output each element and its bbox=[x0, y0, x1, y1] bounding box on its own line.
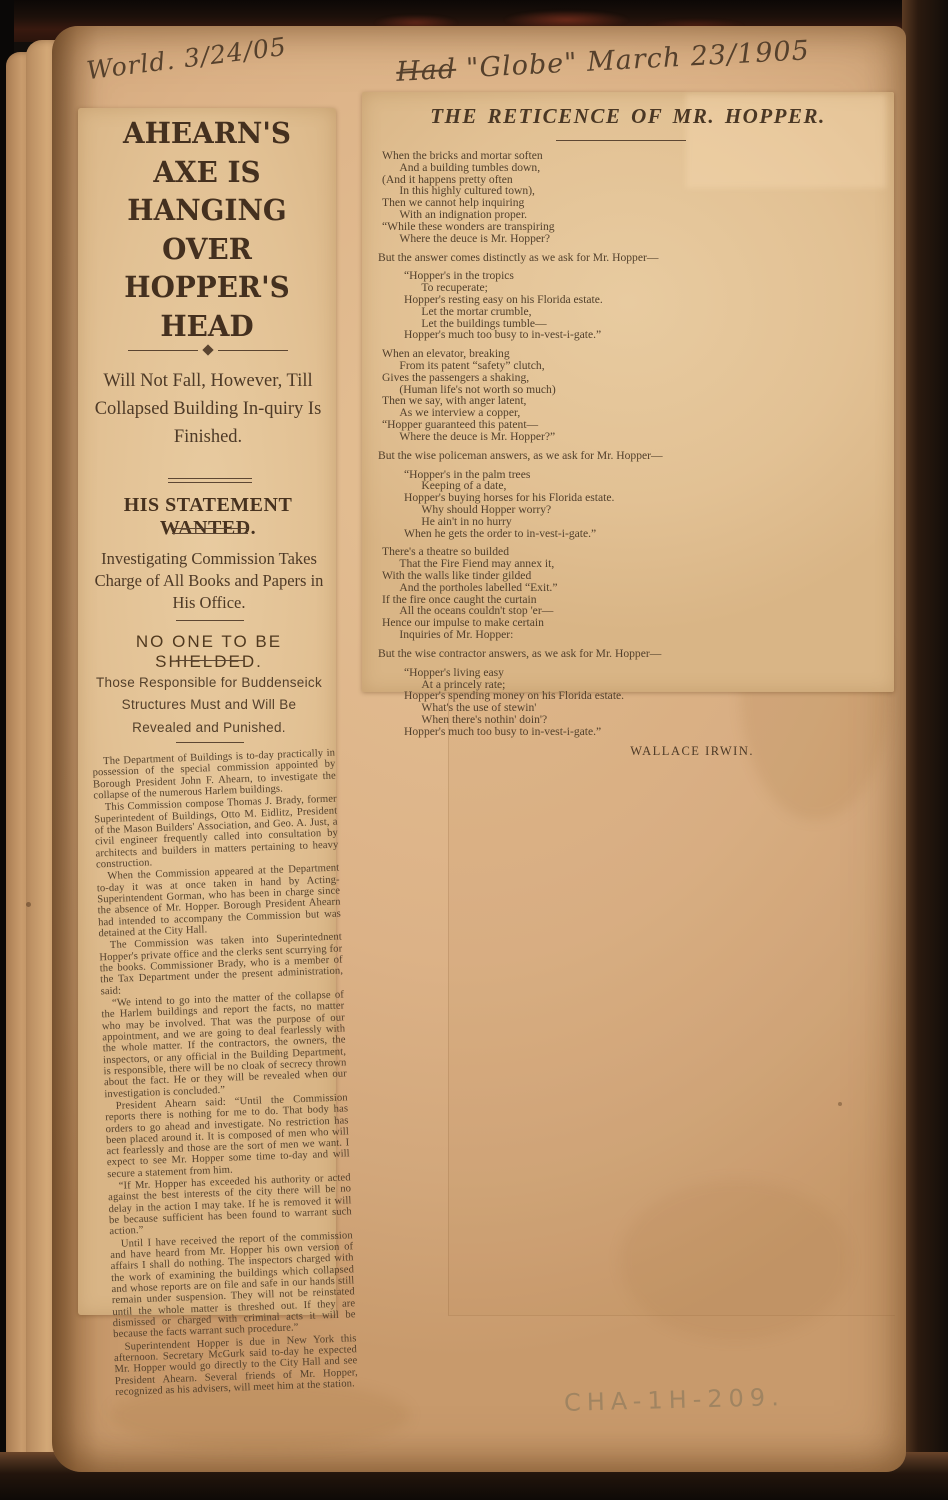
clipping-deck-1: Will Not Fall, However, Till Collapsed B… bbox=[90, 368, 326, 451]
title-rule bbox=[556, 140, 686, 141]
poem-stanza: “Hopper's in the tropics To recuperate; … bbox=[404, 270, 778, 341]
divider bbox=[176, 660, 244, 661]
body-paragraph: The Commission was taken into Superinted… bbox=[99, 932, 344, 998]
clipping-body-text: The Department of Buildings is to-day pr… bbox=[92, 748, 358, 1400]
poem-attribution: WALLACE IRWIN. bbox=[378, 745, 778, 758]
clipping-deck-4: NO ONE TO BE SHIELDED. bbox=[88, 632, 330, 672]
body-paragraph: When the Commission appeared at the Depa… bbox=[96, 863, 341, 940]
diamond-divider bbox=[128, 346, 288, 354]
poem-refrain-lead: But the wise policeman answers, as we as… bbox=[378, 450, 778, 462]
stain bbox=[620, 1180, 850, 1340]
body-paragraph: “We intend to go into the matter of the … bbox=[101, 989, 348, 1100]
body-paragraph: The Department of Buildings is to-day pr… bbox=[92, 748, 336, 802]
poem-stanza: When the bricks and mortar soften And a … bbox=[382, 150, 778, 245]
struck-word: Had bbox=[395, 54, 456, 88]
body-paragraph: President Ahearn said: “Until the Commis… bbox=[105, 1092, 351, 1180]
book-right-edge bbox=[902, 0, 948, 1500]
poem-stanza: “Hopper's living easy At a princely rate… bbox=[404, 667, 778, 738]
poem-stanza: There's a theatre so builded That the Fi… bbox=[382, 546, 778, 641]
poem-refrain-lead: But the wise contractor answers, as we a… bbox=[378, 648, 778, 660]
clipping-deck-5: Those Responsible for Buddenseick Struct… bbox=[94, 672, 324, 739]
divider bbox=[176, 620, 244, 621]
body-paragraph: Superintendent Hopper is due in New York… bbox=[113, 1333, 358, 1399]
divider bbox=[172, 528, 248, 529]
poem-text: When the bricks and mortar soften And a … bbox=[378, 150, 778, 757]
divider bbox=[168, 478, 252, 483]
divider bbox=[176, 742, 244, 743]
poem-title: THE RETICENCE OF MR. HOPPER. bbox=[372, 104, 884, 129]
clipping-deck-3: Investigating Commission Takes Charge of… bbox=[90, 548, 328, 613]
clipping-headline: AHEARN'S AXE IS HANGING OVER HOPPER'S HE… bbox=[89, 114, 325, 345]
divider bbox=[172, 533, 248, 534]
scrapbook-photo: World. 3/24/05 Had"Globe" March 23/1905 … bbox=[0, 0, 948, 1500]
poem-refrain-lead: But the answer comes distinctly as we as… bbox=[378, 252, 778, 264]
body-paragraph: Until I have received the report of the … bbox=[110, 1230, 357, 1341]
body-paragraph: This Commission compose Thomas J. Brady,… bbox=[94, 794, 339, 871]
ink-speck bbox=[26, 902, 31, 907]
archive-number-pencil: CHA-1H-209. bbox=[564, 1383, 785, 1417]
body-paragraph: “If Mr. Hopper has exceeded his authorit… bbox=[108, 1172, 353, 1238]
ink-speck bbox=[838, 1102, 842, 1106]
poem-stanza: “Hopper's in the palm trees Keeping of a… bbox=[404, 469, 778, 540]
poem-stanza: When an elevator, breaking From its pate… bbox=[382, 348, 778, 443]
